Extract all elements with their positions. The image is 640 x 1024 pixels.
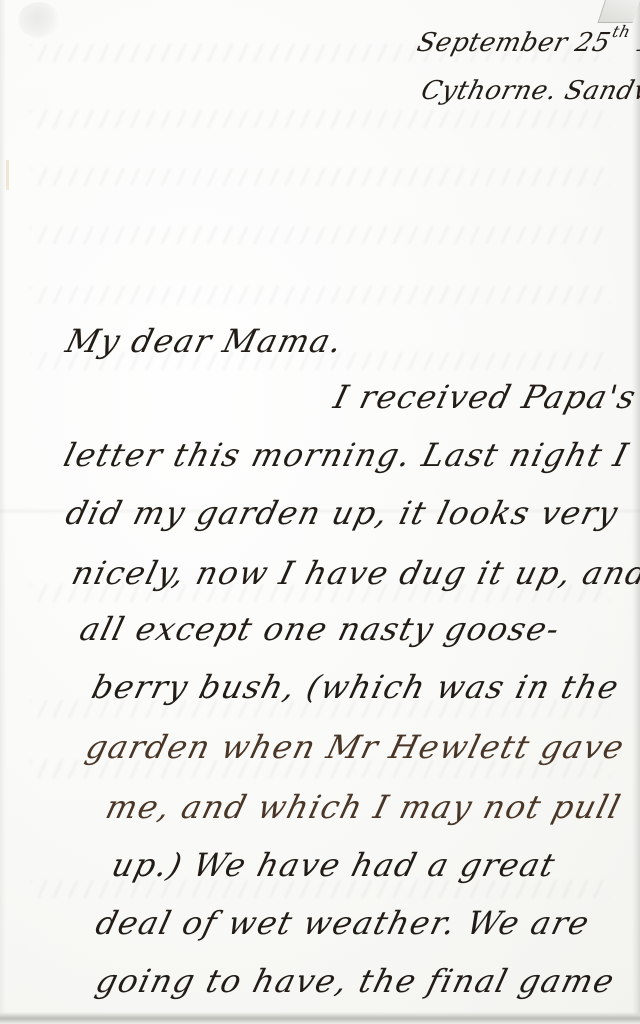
letter-page: September 25th 1850 Cythorne. Sandwich M… xyxy=(0,0,640,1024)
embossed-seal-icon xyxy=(18,2,60,38)
letter-body-line: going to have, the final game xyxy=(92,962,619,1000)
date-year: 1850 xyxy=(633,28,640,58)
bleed-through-line xyxy=(30,168,610,186)
letter-body-line: up.) We have had a great xyxy=(108,846,560,884)
letter-address: Cythorne. Sandwich xyxy=(418,76,640,106)
letter-body-line: did my garden up, it looks very xyxy=(62,494,623,532)
letter-body-line: letter this morning. Last night I xyxy=(60,436,633,474)
paper-stain xyxy=(6,160,9,190)
letter-body-line: all except one nasty goose- xyxy=(76,610,564,648)
folded-corner xyxy=(598,0,640,23)
letter-date: September 25th 1850 xyxy=(414,22,640,58)
letter-body-line: garden when Mr Hewlett gave xyxy=(82,728,629,766)
letter-body-line: deal of wet weather. We are xyxy=(92,904,594,942)
letter-body-line: I received Papa's xyxy=(330,378,640,416)
bleed-through-line xyxy=(30,286,610,304)
letter-body-line: berry bush, (which was in the xyxy=(88,668,624,706)
bleed-through-line xyxy=(30,226,610,244)
bleed-through-line xyxy=(30,110,610,128)
paper-bottom-edge xyxy=(0,1012,640,1024)
letter-body-line: nicely, now I have dug it up, and xyxy=(68,554,640,592)
date-day: September 25 xyxy=(414,28,614,58)
letter-body-line: me, and which I may not pull xyxy=(102,788,625,826)
letter-salutation: My dear Mama. xyxy=(62,322,347,360)
date-ordinal: th xyxy=(610,22,632,41)
